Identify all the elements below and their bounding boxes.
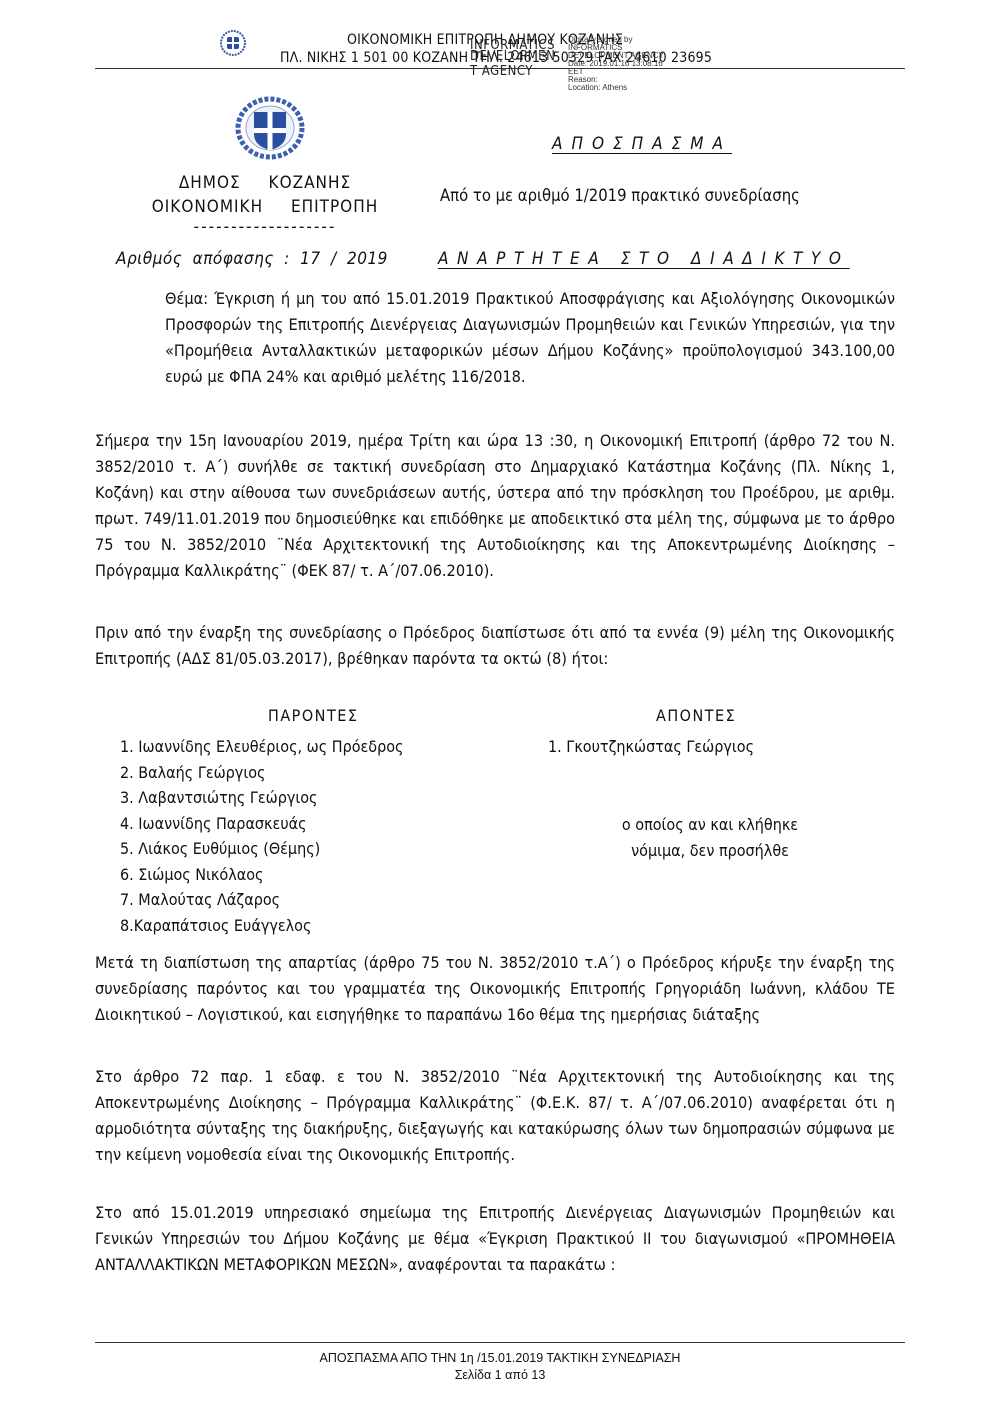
signature-signer-large: INFORMATICS DEVELOPMEN T AGENCY: [470, 40, 555, 77]
header-divider: [95, 68, 905, 69]
absent-member: 1. Γκουτζηκώστας Γεώργιος: [548, 734, 754, 760]
present-member: 8.Καραπάτσιος Ευάγγελος: [120, 913, 404, 939]
extract-title: ΑΠΟΣΠΑΣΜΑ: [552, 134, 732, 154]
present-heading: ΠΑΡΟΝΤΕΣ: [268, 706, 358, 725]
present-member: 1. Ιωαννίδης Ελευθέριος, ως Πρόεδρος: [120, 734, 404, 760]
quorum-paragraph: Πριν από την έναρξη της συνεδρίασης ο Πρ…: [95, 620, 895, 672]
present-member: 6. Σιώμος Νικόλαος: [120, 862, 404, 888]
signature-line: Location: Athens: [568, 84, 664, 92]
absent-note-line-1: ο οποίος αν και κλήθηκε: [560, 812, 860, 838]
absent-note-line-2: νόμιμα, δεν προσήλθε: [560, 838, 860, 864]
footer: ΑΠΟΣΠΑΣΜΑ ΑΠΟ ΤΗΝ 1η /15.01.2019 ΤΑΚΤΙΚΗ…: [0, 1350, 1000, 1384]
header-emblem-icon: [220, 30, 246, 56]
page-number: Σελίδα 1 από 13: [0, 1367, 1000, 1384]
absent-note: ο οποίος αν και κλήθηκε νόμιμα, δεν προσ…: [560, 812, 860, 863]
present-list: 1. Ιωαννίδης Ελευθέριος, ως Πρόεδρος 2. …: [120, 734, 404, 938]
subject-paragraph: Θέμα: Έγκριση ή μη του από 15.01.2019 Πρ…: [165, 286, 895, 390]
municipality-name: ΔΗΜΟΣ ΚΟΖΑΝΗΣ ΟΙΚΟΝΟΜΙΚΗ ΕΠΙΤΡΟΠΗ ------…: [120, 171, 410, 239]
signer-line-2: DEVELOPMEN: [470, 51, 555, 62]
coat-of-arms-icon: [234, 96, 306, 160]
municipality: ΔΗΜΟΣ ΚΟΖΑΝΗΣ: [120, 171, 410, 195]
present-member: 2. Βαλαής Γεώργιος: [120, 760, 404, 786]
posting-notice: ΑΝΑΡΤΗΤΕΑ ΣΤΟ ΔΙΑΔΙΚΤΥΟ: [438, 249, 850, 269]
meeting-paragraph: Σήμερα την 15η Ιανουαρίου 2019, ημέρα Τρ…: [95, 428, 895, 584]
present-member: 7. Μαλούτας Λάζαρος: [120, 887, 404, 913]
decision-number: Αριθμός απόφασης : 17 / 2019: [116, 249, 388, 269]
memo-paragraph: Στο από 15.01.2019 υπηρεσιακό σημείωμα τ…: [95, 1200, 895, 1278]
present-member: 4. Ιωαννίδης Παρασκευάς: [120, 811, 404, 837]
absent-list: 1. Γκουτζηκώστας Γεώργιος: [548, 734, 754, 760]
footer-divider: [95, 1342, 905, 1343]
opening-paragraph: Μετά τη διαπίστωση της απαρτίας (άρθρο 7…: [95, 950, 895, 1028]
minutes-reference: Από το με αριθμό 1/2019 πρακτικό συνεδρί…: [440, 186, 800, 205]
absent-heading: ΑΠΟΝΤΕΣ: [656, 706, 736, 725]
footer-title: ΑΠΟΣΠΑΣΜΑ ΑΠΟ ΤΗΝ 1η /15.01.2019 ΤΑΚΤΙΚΗ…: [0, 1350, 1000, 1367]
digital-signature-block: Digitally signed by INFORMATICS DEVELOPM…: [568, 36, 664, 92]
legal-basis-paragraph: Στο άρθρο 72 παρ. 1 εδαφ. ε του Ν. 3852/…: [95, 1064, 895, 1168]
present-member: 3. Λαβαντσιώτης Γεώργιος: [120, 785, 404, 811]
present-member: 5. Λιάκος Ευθύμιος (Θέμης): [120, 836, 404, 862]
